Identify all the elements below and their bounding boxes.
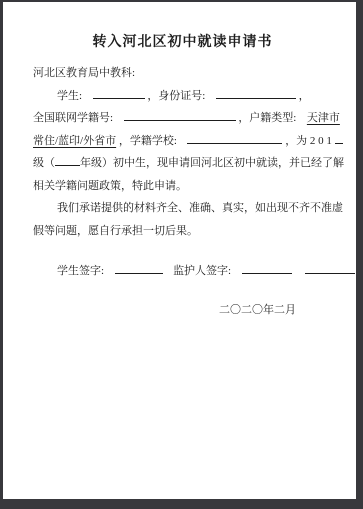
salutation-line: 河北区教育局中教科:	[33, 62, 332, 85]
student-signature-blank	[115, 262, 163, 274]
residence-school-line: 常住/蓝印/外省市 ，学籍学校: ，为 2 0 1	[33, 130, 332, 153]
grade-line: 级（年级）初中生，现申请回河北区初中就读，并已经了解	[33, 152, 332, 175]
date-text: 二〇二〇年二月	[219, 304, 296, 316]
pledge-text-1: 我们承诺提供的材料齐全、准确、真实，如出现不齐不准虚	[57, 202, 343, 214]
residence-options-underlined: 常住/蓝印/外省市	[33, 135, 116, 147]
guardian-signature-label: 监护人签字:	[173, 265, 231, 277]
school-name-blank	[187, 132, 282, 144]
id-number-label: ，身份证号:	[147, 90, 205, 102]
document-title: 转入河北区初中就读申请书	[33, 34, 332, 52]
guardian-signature-blank-2	[305, 262, 355, 274]
student-signature-label: 学生签字:	[57, 265, 104, 277]
id-number-blank	[216, 87, 296, 99]
policy-line: 相关学籍问题政策，特此申请。	[33, 175, 332, 198]
school-label: ，学籍学校:	[119, 135, 177, 147]
document-page: 转入河北区初中就读申请书 河北区教育局中教科: 学生: ，身份证号: ， 全国联…	[3, 2, 356, 499]
policy-text: 相关学籍问题政策，特此申请。	[33, 180, 187, 192]
pledge-line-2: 假等问题，愿自行承担一切后果。	[33, 220, 332, 243]
student-info-line: 学生: ，身份证号: ，	[33, 85, 332, 108]
date-line: 二〇二〇年二月	[33, 299, 332, 322]
trailing-comma: ，	[299, 90, 310, 102]
year-digit-blank	[335, 132, 343, 144]
household-type-label: ，户籍类型:	[238, 112, 296, 124]
national-id-blank	[124, 109, 236, 121]
student-label: 学生:	[57, 90, 82, 102]
signature-line: 学生签字: 监护人签字:	[33, 260, 332, 283]
registry-info-line: 全国联网学籍号: ，户籍类型: 天津市	[33, 107, 332, 130]
pledge-line-1: 我们承诺提供的材料齐全、准确、真实，如出现不齐不准虚	[33, 197, 332, 220]
salutation-text: 河北区教育局中教科:	[33, 67, 135, 79]
guardian-signature-blank-1	[242, 262, 292, 274]
year-prefix: ，为 2 0 1	[285, 135, 332, 147]
household-city-underlined: 天津市	[307, 112, 340, 124]
grade-prefix: 级（	[33, 157, 55, 169]
grade-suffix: 年级）初中生，现申请回河北区初中就读，并已经了解	[80, 157, 344, 169]
national-id-label: 全国联网学籍号:	[33, 112, 113, 124]
grade-blank	[55, 154, 80, 166]
pledge-text-2: 假等问题，愿自行承担一切后果。	[33, 225, 198, 237]
student-name-blank	[93, 87, 145, 99]
